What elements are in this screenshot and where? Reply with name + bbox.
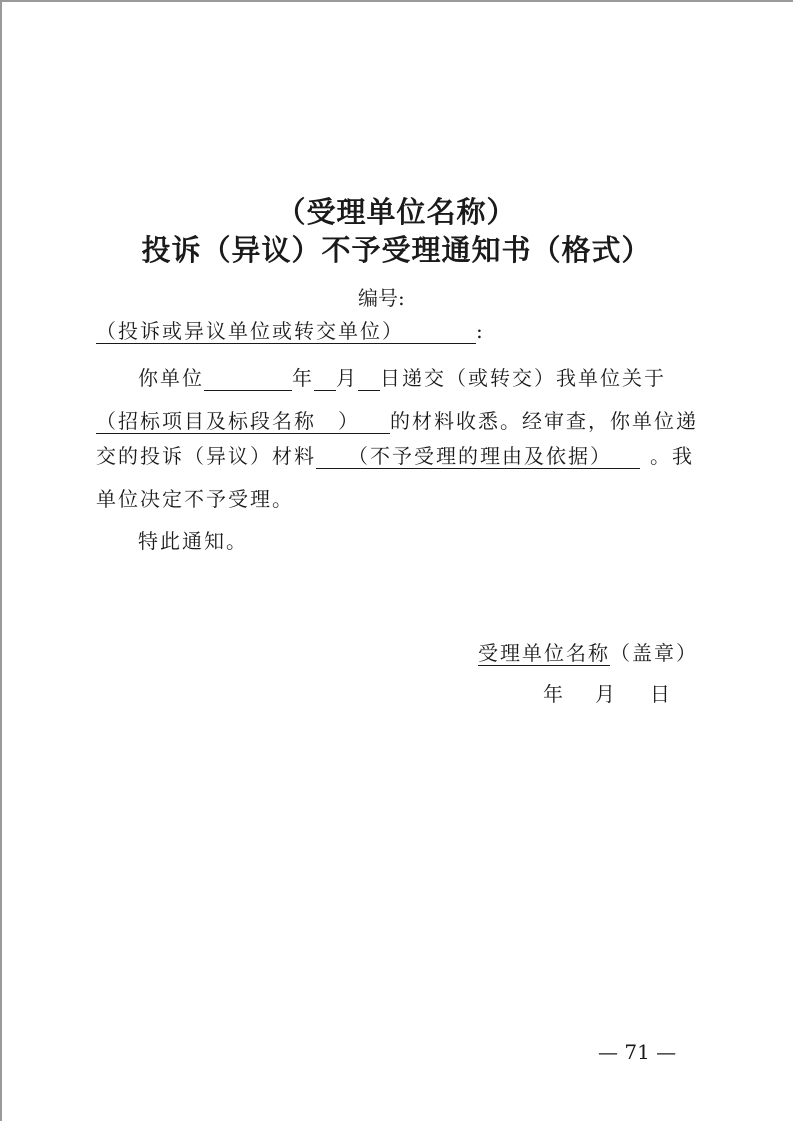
signature-unit-name: 受理单位名称 xyxy=(478,641,610,666)
signature-line: 受理单位名称（盖章） xyxy=(478,637,698,666)
para-line3-suffix: 。我 xyxy=(640,444,694,468)
day-text: 日递交（或转交）我单位关于 xyxy=(380,366,666,390)
signature-date: 年月日 xyxy=(543,678,670,707)
year-blank xyxy=(204,368,292,391)
paragraph-line-3: 交的投诉（异议）材料（不予受理的理由及依据）。我 xyxy=(96,440,694,469)
year-label: 年 xyxy=(292,366,314,390)
reason-field: （不予受理的理由及依据） xyxy=(316,444,640,469)
date-month: 月 xyxy=(595,678,650,707)
closing-text: 特此通知。 xyxy=(138,525,248,554)
para-prefix: 你单位 xyxy=(138,366,204,390)
day-blank xyxy=(358,368,380,391)
paragraph-line-1: 你单位年月日递交（或转交）我单位关于 xyxy=(138,362,666,391)
para-line2-suffix: 的材料收悉。经审查，你单位递 xyxy=(390,409,698,433)
date-year: 年 xyxy=(543,678,595,707)
date-day: 日 xyxy=(650,678,670,707)
paragraph-line-4: 单位决定不予受理。 xyxy=(96,483,294,512)
month-label: 月 xyxy=(336,366,358,390)
month-blank xyxy=(314,368,336,391)
document-title: 投诉（异议）不予受理通知书（格式） xyxy=(0,228,793,269)
page-number: — 71 — xyxy=(598,1040,676,1064)
addressee-line: （投诉或异议单位或转交单位）: xyxy=(96,319,485,344)
document-title-unit: （受理单位名称） xyxy=(0,190,793,231)
para-line3-prefix: 交的投诉（异议）材料 xyxy=(96,444,316,468)
addressee-field: （投诉或异议单位或转交单位） xyxy=(96,319,476,344)
serial-number-label: 编号: xyxy=(358,282,405,311)
project-name-field: （招标项目及标段名称 ） xyxy=(96,409,390,434)
paragraph-line-2: （招标项目及标段名称 ）的材料收悉。经审查，你单位递 xyxy=(96,405,698,434)
page-border xyxy=(0,0,793,1121)
addressee-colon: : xyxy=(476,319,485,343)
seal-label: （盖章） xyxy=(610,641,698,665)
